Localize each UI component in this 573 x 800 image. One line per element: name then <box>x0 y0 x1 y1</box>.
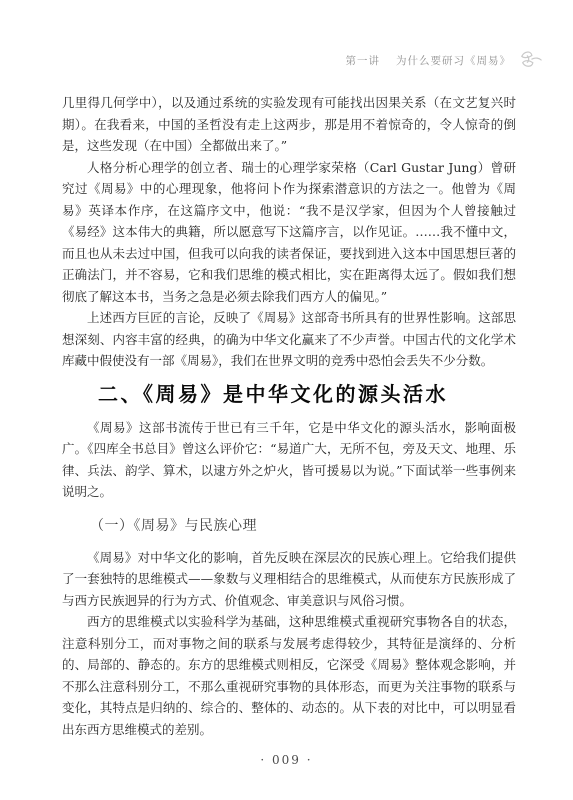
chapter-title: 为什么要研习《周易》 <box>396 53 511 68</box>
page-number: · 009 · <box>260 753 312 767</box>
subsection-heading: （一）《周易》与民族心理 <box>62 516 516 536</box>
page-footer: · 009 · <box>0 753 573 767</box>
section-heading: 二、《周易》是中华文化的源头活水 <box>62 380 516 408</box>
paragraph-national-psychology: 《周易》对中华文化的影响，首先反映在深层次的民族心理上。它给我们提供了一套独特的… <box>62 547 516 612</box>
book-page: 第一讲 为什么要研习《周易》 几里得几何学中），以及通过系统的实验发现有可能找出… <box>0 0 573 800</box>
page-content: 几里得几何学中），以及通过系统的实验发现有可能找出因果关系（在文艺复兴时期）。在… <box>62 92 516 740</box>
paragraph-continuation: 几里得几何学中），以及通过系统的实验发现有可能找出因果关系（在文艺复兴时期）。在… <box>62 92 516 157</box>
flourish-icon <box>519 48 543 72</box>
paragraph-jung-quote: 人格分析心理学的创立者、瑞士的心理学家荣格（Carl Gustar Jung）曾… <box>62 157 516 308</box>
paragraph-thinking-modes: 西方的思维模式以实验科学为基础，这种思维模式重视研究事物各自的状态，注意科别分工… <box>62 611 516 740</box>
chapter-label: 第一讲 <box>346 53 381 68</box>
paragraph-source-of-culture: 《周易》这部书流传于世已有三千年，它是中华文化的源头活水，影响面极广。《四库全书… <box>62 417 516 503</box>
paragraph-world-influence: 上述西方巨匠的言论，反映了《周易》这部奇书所具有的世界性影响。这部思想深刻、内容… <box>62 307 516 372</box>
running-header: 第一讲 为什么要研习《周易》 <box>346 48 544 72</box>
